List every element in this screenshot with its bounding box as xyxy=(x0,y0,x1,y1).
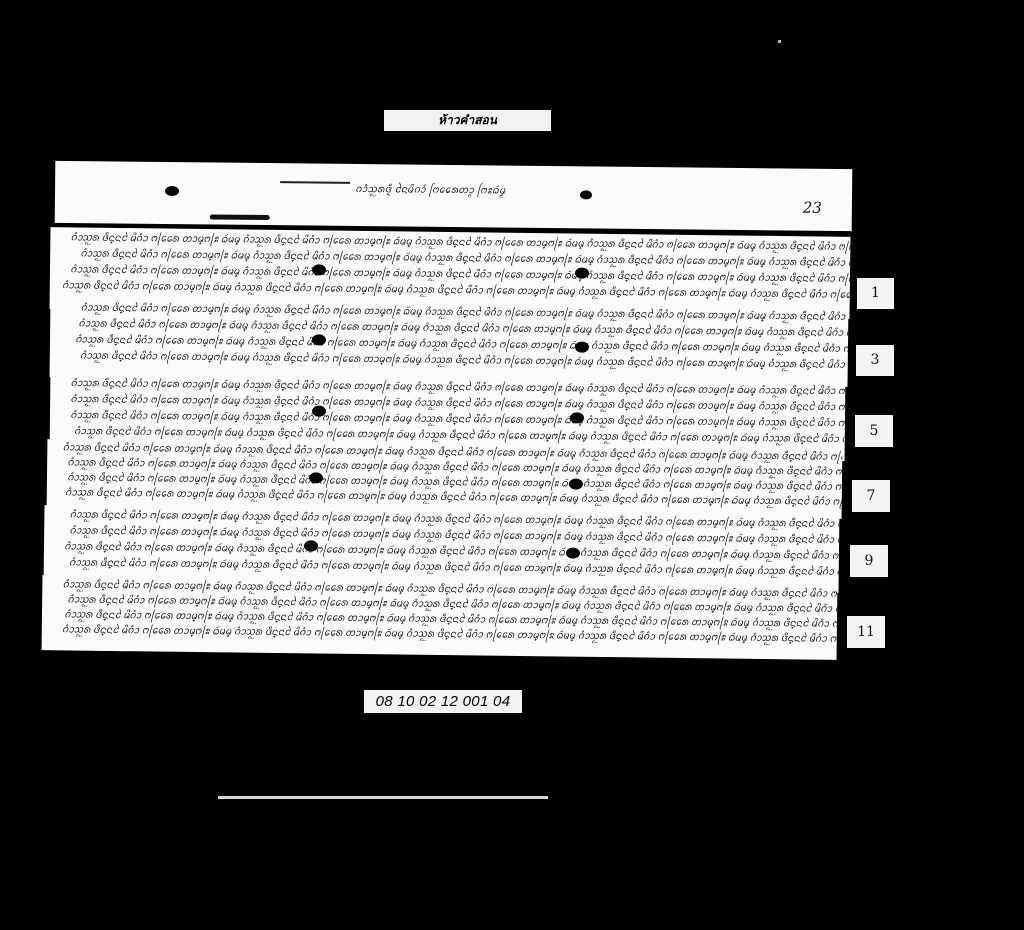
punch-hole xyxy=(570,412,584,423)
page-number-5: 5 xyxy=(855,415,893,447)
punch-hole xyxy=(580,190,592,199)
page-number-11: 11 xyxy=(847,616,885,648)
punch-hole xyxy=(566,548,580,559)
cover-leaf: ᨣᩴᩣᩈᩬᩁᨴᩥ᩠ᨶ ᨶᩱᨾᩦᨣᩴᩣ ᨻᩕᩯᩁᨲᩣ᩠ᨾ ᨻᩕᩡᨵᩢᨾ᩠ᨾ 23 xyxy=(55,161,853,231)
punch-hole xyxy=(575,342,589,353)
punch-hole xyxy=(304,540,318,551)
punch-hole xyxy=(309,472,323,483)
leaf-6: ᨣᩴᩣᩈᩬᩁ ᨴᩥ᩠ᨶᨶᩱ ᨾᩦᨣᩴᩣ ᨻᩕᩯᩁ ᨲᩣ᩠ᨾᨻᩕᩡ ᨵᩢᨾ᩠ᨾ ᨣ… xyxy=(42,575,838,660)
title-label: ห้าวคำสอน xyxy=(384,110,551,131)
punch-hole xyxy=(569,479,583,490)
page-number-7: 7 xyxy=(852,480,890,512)
page-number-3: 3 xyxy=(856,345,894,376)
punch-hole xyxy=(312,264,326,275)
archive-id-label: 08 10 02 12 001 04 xyxy=(364,690,522,713)
punch-hole xyxy=(312,406,326,417)
scan-artifact-line xyxy=(218,796,548,799)
punch-hole xyxy=(575,268,589,279)
page-number-1: 1 xyxy=(857,278,894,309)
punch-hole xyxy=(165,186,179,196)
scan-speck xyxy=(778,40,781,43)
ink-stroke xyxy=(280,181,350,184)
ink-stroke xyxy=(210,214,270,220)
cover-leaf-number: 23 xyxy=(803,199,822,217)
page-number-9: 9 xyxy=(850,545,888,577)
punch-hole xyxy=(312,334,326,345)
cover-text: ᨣᩴᩣᩈᩬᩁᨴᩥ᩠ᨶ ᨶᩱᨾᩦᨣᩴᩣ ᨻᩕᩯᩁᨲᩣ᩠ᨾ ᨻᩕᩡᨵᩢᨾ᩠ᨾ xyxy=(355,182,580,198)
